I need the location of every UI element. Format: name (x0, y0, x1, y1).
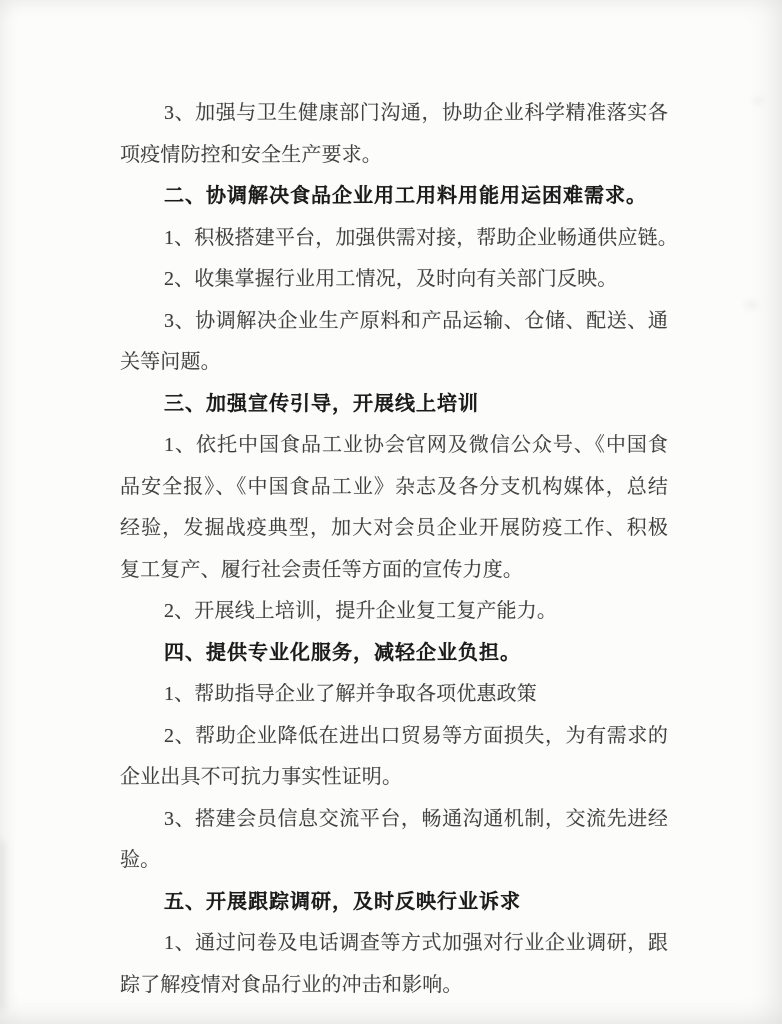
scan-artifact-right-top (752, 96, 764, 105)
document-body: 3、加强与卫生健康部门沟通，协助企业科学精准落实各项疫情防控和安全生产要求。二、… (120, 93, 668, 1006)
text-line: 项疫情防控和安全生产要求。 (120, 135, 668, 177)
text-line: 经验，发掘战疫典型，加大对会员企业开展防疫工作、积极 (120, 508, 668, 550)
text-line: 2、开展线上培训，提升企业复工复产能力。 (120, 591, 668, 633)
scan-artifact-right-margin (744, 300, 758, 310)
section-heading: 二、协调解决食品企业用工用料用能用运困难需求。 (120, 176, 668, 218)
text-line: 3、加强与卫生健康部门沟通，协助企业科学精准落实各 (120, 93, 668, 135)
text-line: 1、依托中国食品工业协会官网及微信公众号、《中国食 (120, 425, 668, 467)
text-line: 品安全报》、《中国食品工业》杂志及各分支机构媒体，总结 (120, 467, 668, 509)
scanned-document-screenshot: { "theme": { "paper_color": "#fcfcfb", "… (0, 0, 782, 1024)
text-line: 3、协调解决企业生产原料和产品运输、仓储、配送、通 (120, 301, 668, 343)
document-paper: 3、加强与卫生健康部门沟通，协助企业科学精准落实各项疫情防控和安全生产要求。二、… (0, 0, 782, 1024)
text-line: 2、收集掌握行业用工情况，及时向有关部门反映。 (120, 259, 668, 301)
section-heading: 三、加强宣传引导，开展线上培训 (120, 384, 668, 426)
text-line: 1、帮助指导企业了解并争取各项优惠政策 (120, 674, 668, 716)
text-line: 3、搭建会员信息交流平台，畅通沟通机制，交流先进经 (120, 799, 668, 841)
text-line: 复工复产、履行社会责任等方面的宣传力度。 (120, 550, 668, 592)
section-heading: 五、开展跟踪调研，及时反映行业诉求 (120, 882, 668, 924)
scan-artifact-left-edge (0, 840, 6, 1010)
section-heading: 四、提供专业化服务，减轻企业负担。 (120, 633, 668, 675)
text-line: 验。 (120, 840, 668, 882)
text-line: 1、积极搭建平台，加强供需对接，帮助企业畅通供应链。 (120, 218, 668, 260)
text-line: 1、通过问卷及电话调查等方式加强对行业企业调研，跟 (120, 923, 668, 965)
text-line: 关等问题。 (120, 342, 668, 384)
text-line: 企业出具不可抗力事实性证明。 (120, 757, 668, 799)
text-line: 2、帮助企业降低在进出口贸易等方面损失，为有需求的 (120, 716, 668, 758)
text-line: 踪了解疫情对食品行业的冲击和影响。 (120, 965, 668, 1007)
